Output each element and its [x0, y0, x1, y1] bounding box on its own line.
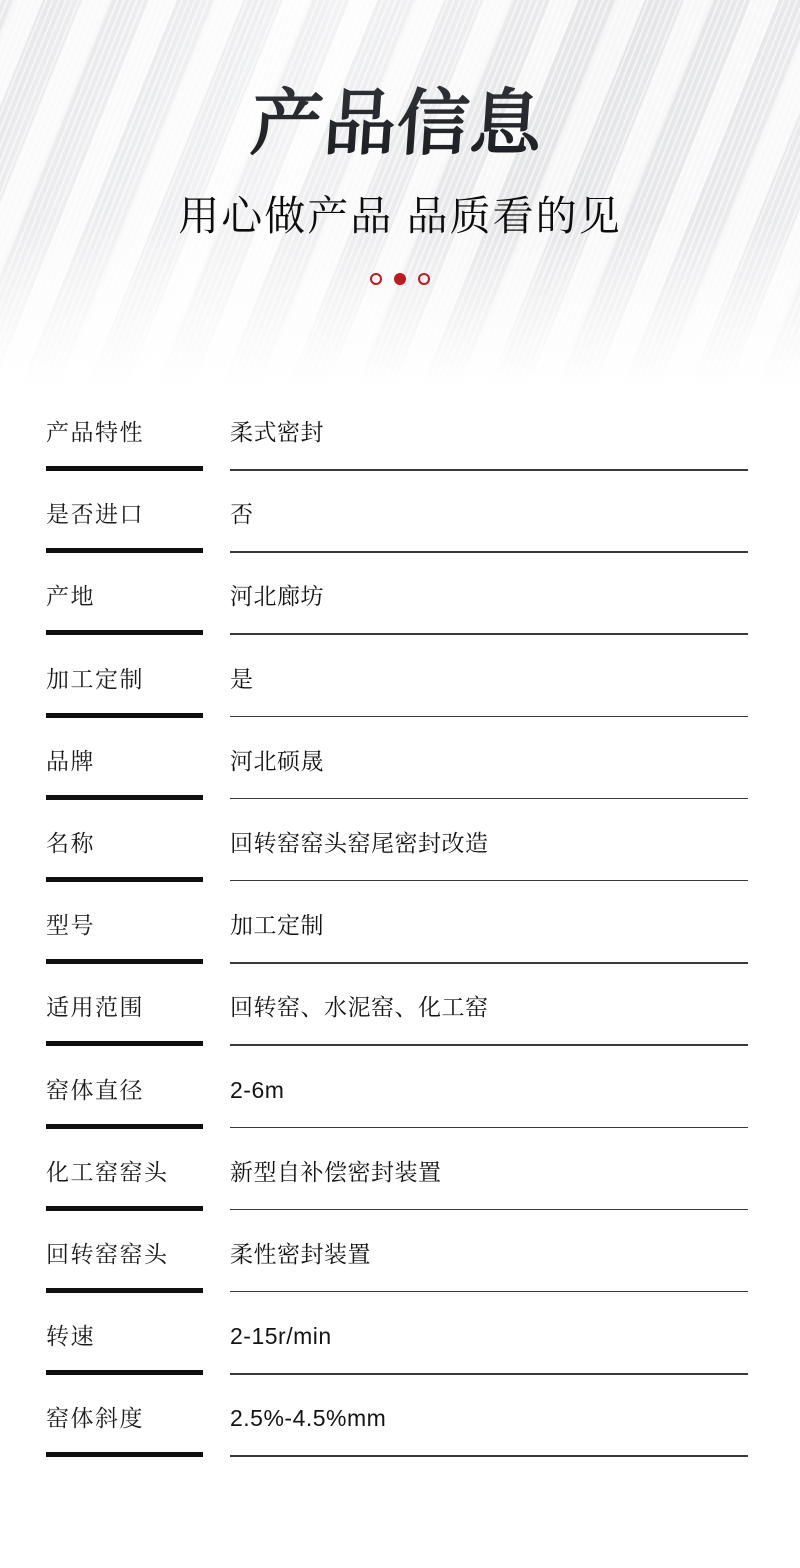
spec-label: 化工窑窑头: [46, 1159, 169, 1187]
label-underline: [46, 795, 203, 800]
spec-value: 河北廊坊: [230, 583, 324, 611]
spec-row: 产品特性 柔式密封: [0, 414, 800, 496]
label-underline: [46, 630, 203, 635]
spec-value: 回转窑、水泥窑、化工窑: [230, 994, 489, 1022]
spec-label: 适用范围: [46, 994, 144, 1022]
carousel-dots: [0, 273, 800, 285]
spec-value: 柔性密封装置: [230, 1241, 371, 1269]
spec-label: 转速: [46, 1323, 95, 1351]
spec-value: 柔式密封: [230, 419, 324, 447]
spec-label: 回转窑窑头: [46, 1241, 169, 1269]
value-underline: [230, 1373, 748, 1375]
spec-value: 是: [230, 666, 254, 694]
value-underline: [230, 1127, 748, 1129]
value-underline: [230, 1291, 748, 1293]
spec-label: 名称: [46, 830, 95, 858]
header-content: 产品信息 用心做产品 品质看的见: [0, 0, 800, 285]
spec-value: 2-6m: [230, 1077, 284, 1105]
label-underline: [46, 548, 203, 553]
spec-row: 产地 河北廊坊: [0, 578, 800, 660]
spec-label: 窑体斜度: [46, 1405, 144, 1433]
carousel-dot-3[interactable]: [418, 273, 430, 285]
value-underline: [230, 798, 748, 800]
carousel-dot-2[interactable]: [394, 273, 406, 285]
spec-value: 否: [230, 501, 254, 529]
spec-value: 回转窑窑头窑尾密封改造: [230, 830, 489, 858]
product-info-page: 产品信息 用心做产品 品质看的见 产品特性 柔式密封 是否进口 否 产地 河北廊…: [0, 0, 800, 1568]
label-underline: [46, 959, 203, 964]
header-section: 产品信息 用心做产品 品质看的见: [0, 0, 800, 400]
value-underline: [230, 633, 748, 635]
spec-label: 是否进口: [46, 501, 144, 529]
spec-value: 2-15r/min: [230, 1323, 332, 1351]
page-subtitle: 用心做产品 品质看的见: [0, 194, 800, 239]
page-title: 产品信息: [0, 0, 800, 164]
value-underline: [230, 469, 748, 471]
spec-value: 加工定制: [230, 912, 324, 940]
spec-row: 窑体斜度 2.5%-4.5%mm: [0, 1400, 800, 1482]
label-underline: [46, 1370, 203, 1375]
spec-row: 适用范围 回转窑、水泥窑、化工窑: [0, 989, 800, 1071]
spec-label: 品牌: [46, 748, 95, 776]
value-underline: [230, 1209, 748, 1211]
spec-row: 加工定制 是: [0, 661, 800, 743]
label-underline: [46, 1124, 203, 1129]
value-underline: [230, 962, 748, 964]
spec-value: 2.5%-4.5%mm: [230, 1405, 386, 1433]
label-underline: [46, 1206, 203, 1211]
label-underline: [46, 713, 203, 718]
label-underline: [46, 1452, 203, 1457]
spec-value: 新型自补偿密封装置: [230, 1159, 442, 1187]
spec-row: 是否进口 否: [0, 496, 800, 578]
value-underline: [230, 716, 748, 718]
spec-label: 型号: [46, 912, 95, 940]
label-underline: [46, 877, 203, 882]
spec-label: 产品特性: [46, 419, 144, 447]
spec-label: 产地: [46, 583, 95, 611]
value-underline: [230, 880, 748, 882]
spec-label: 加工定制: [46, 666, 144, 694]
spec-value: 河北硕晟: [230, 748, 324, 776]
value-underline: [230, 1455, 748, 1457]
spec-row: 品牌 河北硕晟: [0, 743, 800, 825]
label-underline: [46, 1288, 203, 1293]
label-underline: [46, 1041, 203, 1046]
spec-label: 窑体直径: [46, 1077, 144, 1105]
spec-table: 产品特性 柔式密封 是否进口 否 产地 河北廊坊 加工定制 是 品牌 河北硕: [0, 414, 800, 1482]
spec-row: 名称 回转窑窑头窑尾密封改造: [0, 825, 800, 907]
spec-row: 化工窑窑头 新型自补偿密封装置: [0, 1154, 800, 1236]
spec-row: 回转窑窑头 柔性密封装置: [0, 1236, 800, 1318]
spec-row: 型号 加工定制: [0, 907, 800, 989]
spec-row: 窑体直径 2-6m: [0, 1072, 800, 1154]
value-underline: [230, 551, 748, 553]
label-underline: [46, 466, 203, 471]
spec-row: 转速 2-15r/min: [0, 1318, 800, 1400]
value-underline: [230, 1044, 748, 1046]
carousel-dot-1[interactable]: [370, 273, 382, 285]
